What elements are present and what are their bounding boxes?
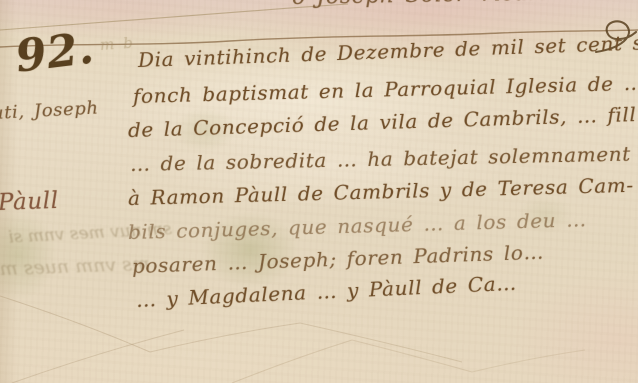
- body-line-1: Dia vintihinch de Dezembre de mil set ce…: [138, 28, 638, 72]
- margin-note-given-name: uti, Joseph: [0, 97, 99, 124]
- crease-line: [352, 340, 472, 372]
- body-line-6: bils conjuges, que nasqué … a los deu …: [128, 207, 587, 244]
- previous-entry-fragment: o Joseph Soler Vicari: [292, 0, 547, 10]
- crease-line: [0, 296, 150, 352]
- crease-line: [12, 330, 184, 383]
- crease-line: [150, 323, 300, 352]
- body-line-2: fonch baptismat en la Parroquial Iglesia…: [133, 69, 638, 108]
- body-line-5: à Ramon Pàull de Cambrils y de Teresa Ca…: [128, 173, 634, 210]
- body-line-4: … de la sobredita … ha batejat solemname…: [130, 142, 631, 176]
- margin-note-surname: Pàull: [0, 188, 59, 216]
- body-line-8: … y Magdalena … y Pàull de Ca…: [135, 271, 517, 312]
- crease-line: [300, 323, 462, 362]
- manuscript-page: o Joseph Soler Vicari 92. m b uti, Josep…: [0, 0, 638, 383]
- entry-number: 92.: [13, 23, 97, 83]
- body-line-3: de la Concepció de la vila de Cambrils, …: [128, 102, 637, 142]
- faint-ink-marks: m b: [99, 34, 134, 54]
- crease-line: [232, 340, 352, 383]
- crease-line: [472, 350, 585, 372]
- ink-bleedthrough: ms vnm nues mv: [0, 253, 150, 281]
